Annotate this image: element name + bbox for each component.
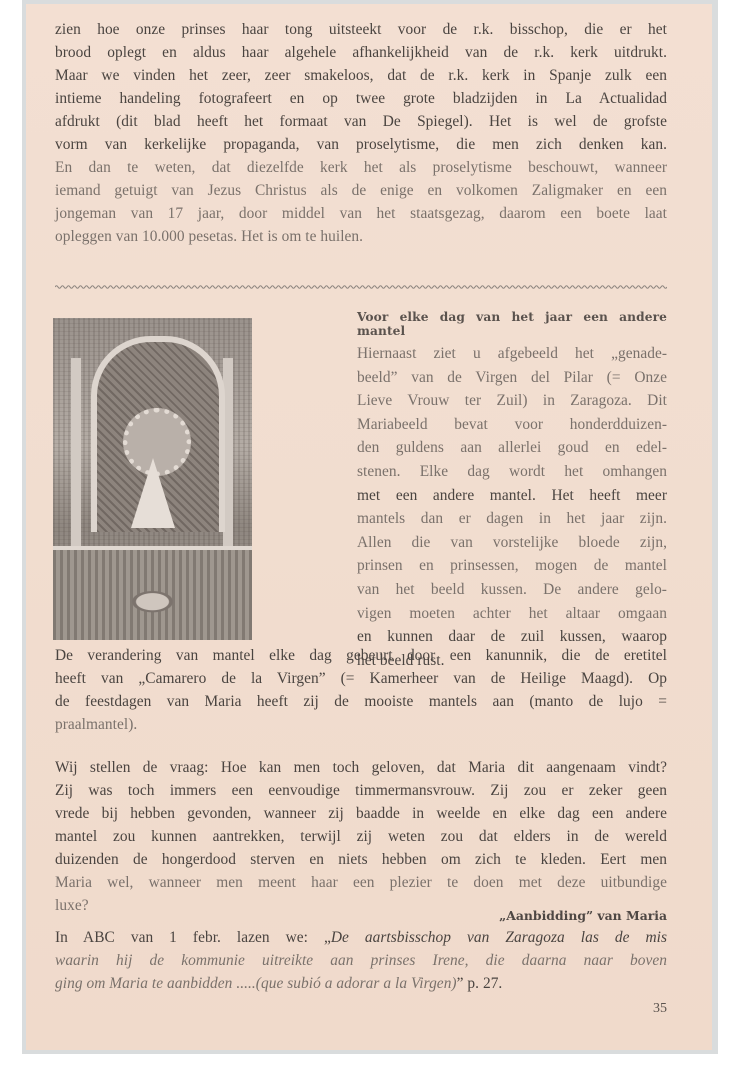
text-line: van het beeld kussen. De andere gelo-	[357, 578, 667, 602]
text-line: duizenden de hongerdood sterven en niets…	[55, 848, 667, 871]
quote-line: waarin hij de kommunie uitreikte aan pri…	[55, 949, 667, 972]
quote-intro: In ABC van 1 febr. lazen we: „	[55, 929, 331, 946]
text-line: De verandering van mantel elke dag gebeu…	[55, 644, 667, 667]
wavy-divider	[55, 284, 667, 290]
text-line: opleggen van 10.000 pesetas. Het is om t…	[55, 225, 667, 248]
text-line: En dan te weten, dat diezelfde kerk het …	[55, 156, 667, 179]
photo-statue-robe	[131, 458, 175, 528]
headline-line: Voor elke dag van het jaar een andere	[357, 310, 667, 324]
question-paragraph: Wij stellen de vraag: Hoe kan men toch g…	[55, 756, 667, 917]
text-line: jongeman van 17 jaar, door middel van he…	[55, 202, 667, 225]
quote-italic: De aartsbisschop van Zaragoza las de mis	[331, 929, 667, 946]
text-line: Hiernaast ziet u afgebeeld het „genade-	[357, 342, 667, 366]
section-headline: Voor elke dag van het jaar een andere ma…	[357, 310, 667, 338]
text-line: prinsen en prinsessen, mogen de mantel	[357, 554, 667, 578]
headline-line: mantel	[357, 324, 667, 338]
photo-pillar-left	[71, 358, 81, 546]
quote-line: ging om Maria te aanbidden .....(que sub…	[55, 972, 667, 995]
text-line: beeld” van de Virgen del Pilar (= Onze	[357, 366, 667, 390]
quote-citation: ” p. 27.	[457, 975, 503, 992]
text-line: vorm van kerkelijke propaganda, van pros…	[55, 133, 667, 156]
text-line: afdrukt (dit blad heeft het formaat van …	[55, 110, 667, 133]
text-line: den guldens aan allerlei goud en edel-	[357, 436, 667, 460]
text-line: Wij stellen de vraag: Hoe kan men toch g…	[55, 756, 667, 779]
text-line: de feestdagen van Maria heeft zij de moo…	[55, 690, 667, 713]
photo-altar	[53, 546, 252, 640]
text-line: Maria wel, wanneer men meent haar een pl…	[55, 871, 667, 894]
text-line: heeft van „Camarero de la Virgen” (= Kam…	[55, 667, 667, 690]
text-line: met een andere mantel. Het heeft meer	[357, 484, 667, 508]
text-line: praalmantel).	[55, 713, 667, 736]
quote-paragraph: In ABC van 1 febr. lazen we: „De aartsbi…	[55, 926, 667, 995]
text-line: Zij was toch immers een eenvoudige timme…	[55, 779, 667, 802]
section-subheading: „Aanbidding” van Maria	[499, 908, 667, 923]
page-number: 35	[653, 1001, 667, 1017]
photo-caption-text: Hiernaast ziet u afgebeeld het „genade- …	[357, 342, 667, 672]
text-line: stenen. Elke dag wordt het omhangen	[357, 460, 667, 484]
text-line: mantels dan er dagen in het jaar zijn.	[357, 507, 667, 531]
text-line: Lieve Vrouw ter Zuil) in Zaragoza. Dit	[357, 389, 667, 413]
document-page: zien hoe onze prinses haar tong uitsteek…	[26, 4, 712, 1050]
text-line: vigen moeten achter het altaar omgaan	[357, 602, 667, 626]
virgen-del-pilar-photo	[53, 318, 252, 640]
text-line: Allen die van vorstelijke bloede zijn,	[357, 531, 667, 555]
text-line: Mariabeeld bevat voor honderdduizen-	[357, 413, 667, 437]
text-line: zien hoe onze prinses haar tong uitsteek…	[55, 18, 667, 41]
mantel-paragraph: De verandering van mantel elke dag gebeu…	[55, 644, 667, 736]
text-line: Maar we vinden het zeer, zeer smakeloos,…	[55, 64, 667, 87]
quote-line: In ABC van 1 febr. lazen we: „De aartsbi…	[55, 926, 667, 949]
text-line: intieme handeling fotografeert en op twe…	[55, 87, 667, 110]
text-line: iemand getuigt van Jezus Christus als de…	[55, 179, 667, 202]
text-line: vrede bij hebben gevonden, wanneer zij b…	[55, 802, 667, 825]
opening-paragraph: zien hoe onze prinses haar tong uitsteek…	[55, 18, 667, 248]
quote-italic: ging om Maria te aanbidden .....(que sub…	[55, 975, 457, 992]
text-line: brood oplegt en aldus haar algehele afha…	[55, 41, 667, 64]
text-line: mantel zou kunnen aantrekken, terwijl zi…	[55, 825, 667, 848]
